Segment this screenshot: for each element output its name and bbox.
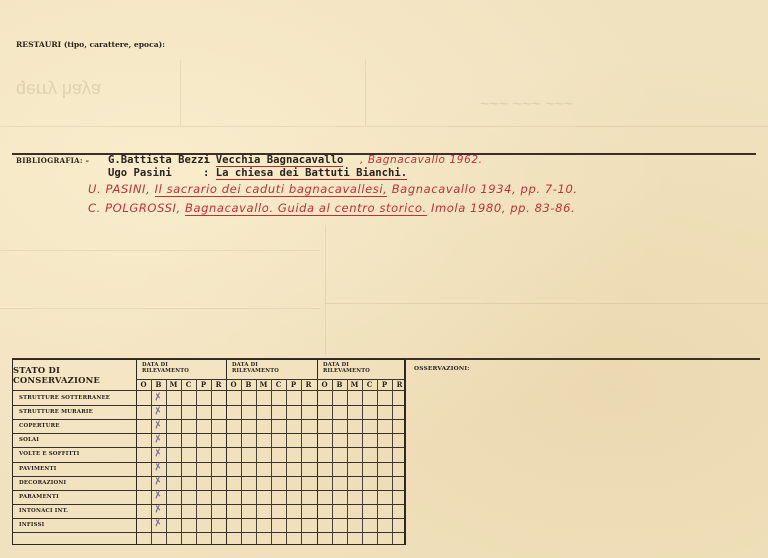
row-divider	[13, 447, 404, 448]
row-divider	[13, 532, 404, 533]
date-group-header: DATA DI RILEVAMENTO	[323, 363, 393, 374]
handwritten-publication: Imola 1980, pp. 83-86.	[427, 201, 576, 215]
checkmark-icon[interactable]: ✗	[153, 489, 163, 502]
bleed-through-line	[0, 250, 320, 251]
bleed-through-line	[180, 60, 181, 126]
conservation-table: STATO DI CONSERVAZIONE DATA DI RILEVAMEN…	[12, 359, 405, 545]
grade-column-header: P	[286, 380, 301, 390]
handwritten-bibliography-entry: C. POLGROSSI, Bagnacavallo. Guida al cen…	[88, 201, 575, 215]
row-divider	[13, 490, 404, 491]
observations-divider	[405, 359, 406, 545]
grade-column-header: B	[151, 380, 166, 390]
bleed-through-text: ɐʎɐɥ ʎɹɹǝɓ	[16, 78, 101, 99]
bleed-through-line	[365, 60, 366, 126]
row-divider	[13, 476, 404, 477]
bibliography-title: La chiesa dei Battuti Bianchi.	[216, 167, 407, 180]
row-divider	[13, 405, 404, 406]
bibliography-author: Ugo Pasini	[108, 167, 172, 179]
grade-column-header: O	[226, 380, 241, 390]
row-label: STRUTTURE MURARIE	[19, 409, 93, 415]
date-group-header: DATA DI RILEVAMENTO	[232, 363, 302, 374]
checkmark-icon[interactable]: ✗	[153, 419, 163, 432]
checkmark-icon[interactable]: ✗	[153, 504, 163, 517]
restauri-label: RESTAURI (tipo, carattere, epoca):	[16, 40, 165, 49]
grade-column-header: R	[301, 380, 316, 390]
grade-column-header: C	[181, 380, 196, 390]
row-label: SOLAI	[19, 437, 39, 443]
handwritten-title: Il sacrario dei caduti bagnacavallesi,	[155, 182, 388, 197]
checkmark-icon[interactable]: ✗	[153, 475, 163, 488]
date-group-header: DATA DI RILEVAMENTO	[142, 363, 212, 374]
grade-column-header: B	[241, 380, 256, 390]
row-label: DECORAZIONI	[19, 480, 66, 486]
checkmark-icon[interactable]: ✗	[153, 433, 163, 446]
conservation-table-title: STATO DI CONSERVAZIONE	[13, 360, 137, 390]
row-label: PARAMENTI	[19, 494, 59, 500]
grade-column-header: B	[332, 380, 347, 390]
checkmark-icon[interactable]: ✗	[153, 391, 163, 404]
handwritten-bibliography-entry: U. PASINI, Il sacrario dei caduti bagnac…	[88, 182, 578, 196]
handwritten-author: C. POLGROSSI,	[88, 201, 181, 215]
row-divider	[13, 433, 404, 434]
grade-column-header: O	[136, 380, 151, 390]
handwritten-publication: Bagnacavallo 1934, pp. 7-10.	[387, 182, 577, 196]
handwritten-title: Bagnacavallo. Guida al centro storico.	[185, 201, 427, 216]
handwritten-note: , Bagnacavallo 1962.	[360, 154, 483, 166]
grade-column-header: P	[196, 380, 211, 390]
grade-column-header: R	[211, 380, 226, 390]
checkmark-icon[interactable]: ✗	[153, 405, 163, 418]
row-divider	[13, 462, 404, 463]
handwritten-author: U. PASINI,	[88, 182, 150, 196]
checkmark-icon[interactable]: ✗	[153, 461, 163, 474]
bleed-through-line	[0, 308, 320, 309]
grade-column-header: C	[362, 380, 377, 390]
bibliography-separator: :	[203, 154, 209, 166]
bleed-through-line	[325, 303, 768, 304]
bibliography-entry: Ugo Pasini	[108, 167, 172, 179]
row-label: STRUTTURE SOTTERRANEE	[19, 395, 110, 401]
row-label: INTONACI INT.	[19, 508, 68, 514]
bleed-through-line	[0, 126, 768, 127]
row-divider	[13, 419, 404, 420]
bleed-through-text: ~~~ ~~~ ~~~	[480, 96, 573, 114]
header-rule	[13, 390, 404, 391]
grade-column-header: O	[317, 380, 332, 390]
row-divider	[13, 518, 404, 519]
row-label: COPERTURE	[19, 423, 60, 429]
grade-column-header: M	[166, 380, 181, 390]
osservazioni-label: OSSERVAZIONI:	[414, 366, 470, 372]
bleed-through-line	[325, 225, 326, 355]
checkmark-icon[interactable]: ✗	[153, 518, 163, 531]
bibliografia-label: BIBLIOGRAFIA: –	[16, 156, 89, 165]
bibliography-entry: : La chiesa dei Battuti Bianchi.	[203, 167, 407, 179]
row-label: INFISSI	[19, 522, 44, 528]
bibliography-entry: G.Battista Bezzi	[108, 154, 210, 166]
bibliography-title: Vecchia Bagnacavallo	[216, 154, 344, 167]
row-divider	[13, 504, 404, 505]
bibliography-entry: : Vecchia Bagnacavallo	[203, 154, 343, 166]
grade-column-header: C	[271, 380, 286, 390]
checkmark-icon[interactable]: ✗	[153, 447, 163, 460]
grade-column-header: P	[377, 380, 392, 390]
row-label: VOLTE E SOFFITTI	[19, 451, 79, 457]
grade-column-header: M	[256, 380, 271, 390]
row-label: PAVIMENTI	[19, 466, 57, 472]
grade-column-header: M	[347, 380, 362, 390]
bibliography-separator: :	[203, 167, 209, 179]
bibliography-author: G.Battista Bezzi	[108, 154, 210, 166]
